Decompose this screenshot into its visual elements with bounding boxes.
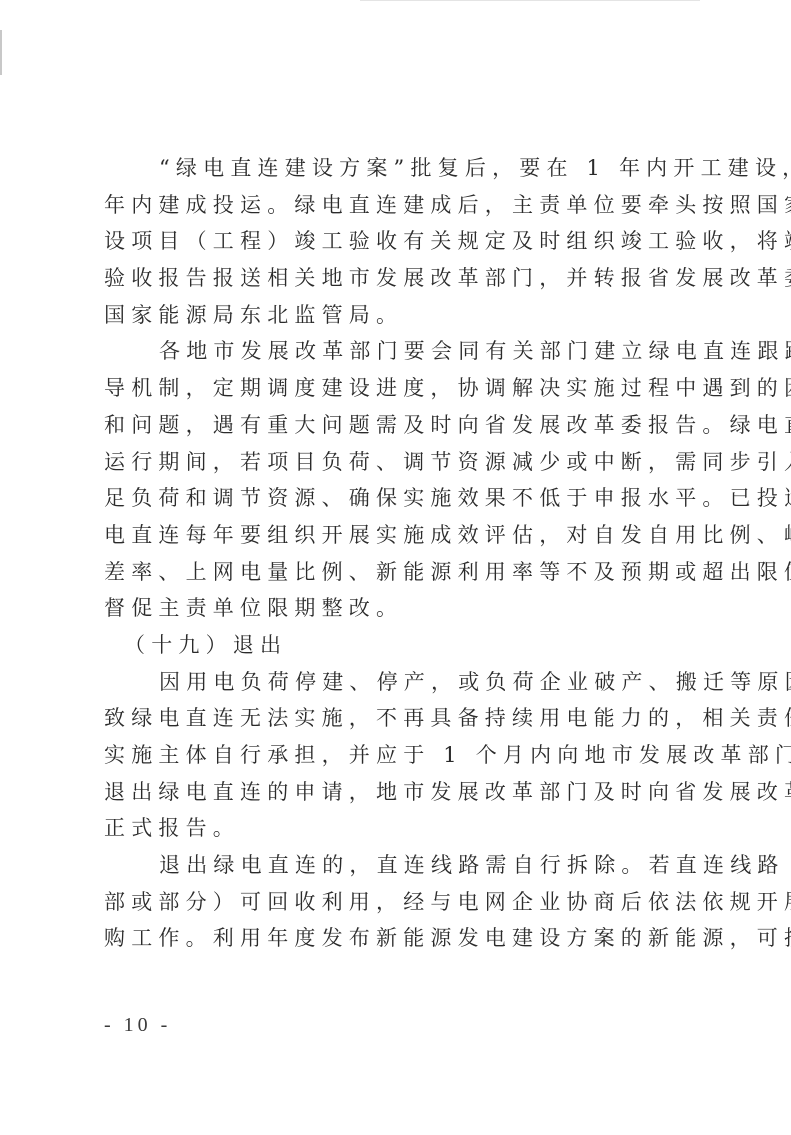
paragraph-line: 致绿电直连无法实施，不再具备持续用电能力的，相关责任由 bbox=[104, 700, 684, 737]
paragraph-line: 电直连每年要组织开展实施成效评估，对自发自用比例、峰谷 bbox=[104, 517, 684, 554]
paragraph-line: 退出绿电直连的申请，地市发展改革部门及时向省发展改革委 bbox=[104, 774, 684, 811]
paragraph-line: 国家能源局东北监管局。 bbox=[104, 297, 684, 334]
scan-edge-mark bbox=[360, 0, 700, 1]
paragraph-line: 运行期间，若项目负荷、调节资源减少或中断，需同步引入补 bbox=[104, 444, 684, 481]
paragraph-line: 足负荷和调节资源、确保实施效果不低于申报水平。已投运绿 bbox=[104, 480, 684, 517]
paragraph-line: 购工作。利用年度发布新能源发电建设方案的新能源，可按照 bbox=[104, 920, 684, 957]
paragraph-line: 部或部分）可回收利用，经与电网企业协商后依法依规开展收 bbox=[104, 884, 684, 921]
paragraph-line: “绿电直连建设方案”批复后，要在 1 年内开工建设，3 bbox=[104, 150, 684, 187]
paragraph-line: 设项目（工程）竣工验收有关规定及时组织竣工验收，将竣工 bbox=[104, 223, 684, 260]
section-heading: （十九）退出 bbox=[104, 627, 684, 664]
paragraph-line: 各地市发展改革部门要会同有关部门建立绿电直连跟踪督 bbox=[104, 333, 684, 370]
paragraph-line: 退出绿电直连的，直连线路需自行拆除。若直连线路（全 bbox=[104, 847, 684, 884]
paragraph-line: 督促主责单位限期整改。 bbox=[104, 590, 684, 627]
scan-edge-mark bbox=[0, 30, 2, 75]
paragraph-line: 正式报告。 bbox=[104, 810, 684, 847]
paragraph-line: 和问题，遇有重大问题需及时向省发展改革委报告。绿电直连 bbox=[104, 407, 684, 444]
page-number: - 10 - bbox=[104, 1014, 171, 1037]
document-page: “绿电直连建设方案”批复后，要在 1 年内开工建设，3 年内建成投运。绿电直连建… bbox=[0, 0, 791, 1135]
paragraph-line: 差率、上网电量比例、新能源利用率等不及预期或超出限值的， bbox=[104, 554, 684, 591]
paragraph-line: 因用电负荷停建、停产，或负荷企业破产、搬迁等原因导 bbox=[104, 664, 684, 701]
paragraph-line: 实施主体自行承担，并应于 1 个月内向地市发展改革部门提出 bbox=[104, 737, 684, 774]
paragraph-line: 年内建成投运。绿电直连建成后，主责单位要牵头按照国家建 bbox=[104, 187, 684, 224]
document-body: “绿电直连建设方案”批复后，要在 1 年内开工建设，3 年内建成投运。绿电直连建… bbox=[104, 150, 684, 957]
paragraph-line: 验收报告报送相关地市发展改革部门，并转报省发展改革委和 bbox=[104, 260, 684, 297]
paragraph-line: 导机制，定期调度建设进度，协调解决实施过程中遇到的困难 bbox=[104, 370, 684, 407]
